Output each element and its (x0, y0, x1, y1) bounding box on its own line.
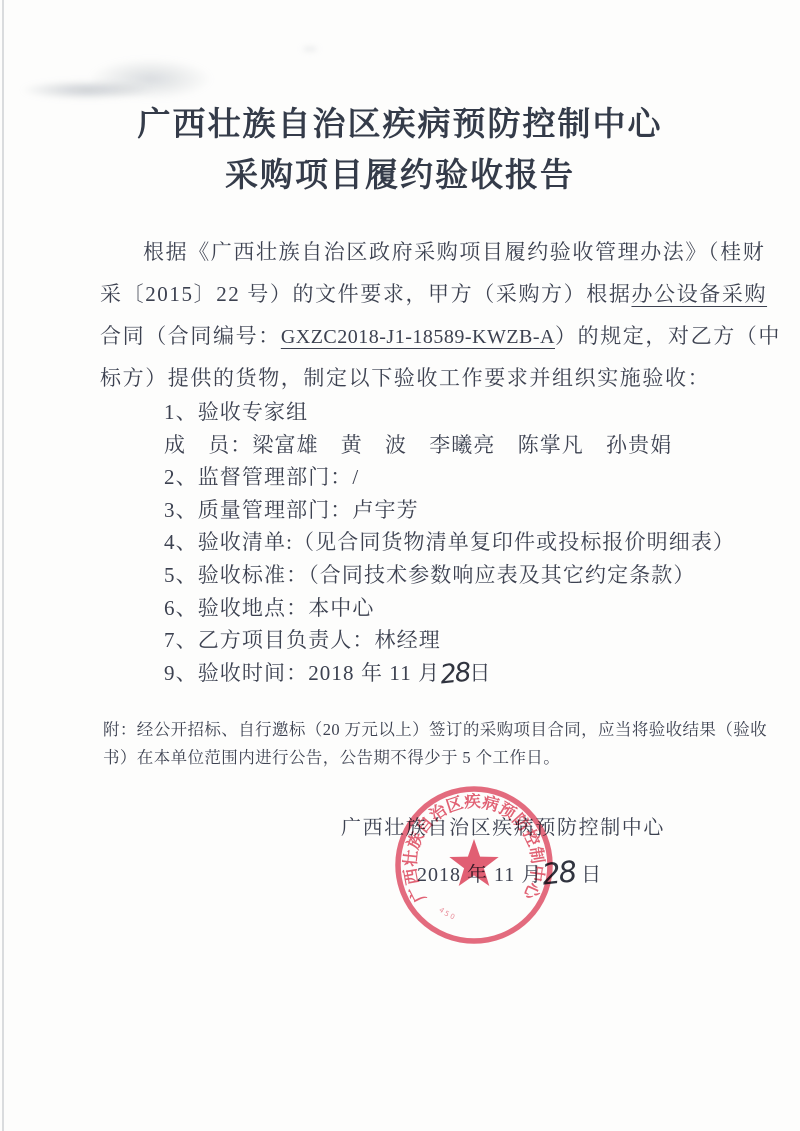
scanned-document-page: 广西壮族自治区疾病预防控制中心 采购项目履约验收报告 根据《广西壮族自治区政府采… (0, 0, 800, 1131)
footnote-line: 书）在本单位范围内进行公告，公告期不得少于 5 个工作日。 (103, 744, 743, 772)
text-segment: 标方）提供的货物，制定以下验收工作要求并组织实施验收： (100, 366, 710, 390)
list-item: 4、验收清单:（见合同货物清单复印件或投标报价明细表） (164, 526, 744, 559)
underlined-text: GXZC2018-J1-18589-KWZB-A (281, 326, 555, 348)
list-item: 2、监督管理部门：/ (164, 461, 744, 494)
paragraph-line: 根据《广西壮族自治区政府采购项目履约验收管理办法》（桂财 (100, 231, 732, 273)
intro-paragraph: 根据《广西壮族自治区政府采购项目履约验收管理办法》（桂财采〔2015〕22 号）… (100, 231, 732, 399)
footnote: 附：经公开招标、自行邀标（20 万元以上）签订的采购项目合同，应当将验收结果（验… (103, 716, 743, 771)
stamp-code: 450 (437, 906, 457, 922)
list-item: 7、乙方项目负责人：林经理 (164, 624, 744, 657)
document-title: 广西壮族自治区疾病预防控制中心 采购项目履约验收报告 (0, 98, 800, 200)
list-item: 3、质量管理部门：卢宇芳 (164, 494, 744, 527)
paragraph-line: 合同（合同编号：GXZC2018-J1-18589-KWZB-A）的规定，对乙方… (100, 315, 732, 357)
paragraph-line: 标方）提供的货物，制定以下验收工作要求并组织实施验收： (100, 357, 732, 399)
list-item: 5、验收标准：（合同技术参数响应表及其它约定条款） (164, 559, 744, 592)
list-item-text: 日 (469, 661, 491, 685)
paragraph-line: 采〔2015〕22 号）的文件要求，甲方（采购方）根据办公设备采购 (100, 273, 732, 315)
list-item-text: 9、验收时间：2018 年 11 月 (164, 661, 440, 685)
scan-smudge-artifact (88, 58, 213, 100)
footnote-line: 附：经公开招标、自行邀标（20 万元以上）签订的采购项目合同，应当将验收结果（验… (103, 716, 743, 744)
text-segment: ）的规定，对乙方（中 (555, 324, 781, 348)
signature-date-suffix: 日 (581, 864, 602, 886)
text-segment: 采〔2015〕22 号）的文件要求，甲方（采购方）根据 (100, 282, 631, 306)
underlined-text: 办公设备采购 (631, 282, 767, 306)
list-item: 9、验收时间：2018 年 11 月28日 (164, 657, 744, 690)
scan-smudge-artifact (300, 46, 320, 52)
official-red-stamp: 广西壮族自治区疾病预防控制中心 450 (392, 783, 560, 951)
document-title-line1: 广西壮族自治区疾病预防控制中心 (0, 98, 800, 149)
list-item: 1、验收专家组 (164, 396, 744, 429)
list-item: 成 员：梁富雄 黄 波 李曦亮 陈掌凡 孙贵娟 (164, 429, 744, 462)
scan-smudge-artifact (20, 80, 155, 100)
stamp-star-icon (449, 839, 498, 886)
acceptance-item-list: 1、验收专家组成 员：梁富雄 黄 波 李曦亮 陈掌凡 孙贵娟2、监督管理部门：/… (164, 396, 744, 689)
document-title-line2: 采购项目履约验收报告 (0, 149, 800, 200)
text-segment: 合同（合同编号： (100, 324, 281, 348)
list-item: 6、验收地点：本中心 (164, 592, 744, 625)
handwritten-day: 28 (439, 659, 471, 688)
text-segment: 根据《广西壮族自治区政府采购项目履约验收管理办法》（桂财 (143, 240, 765, 264)
